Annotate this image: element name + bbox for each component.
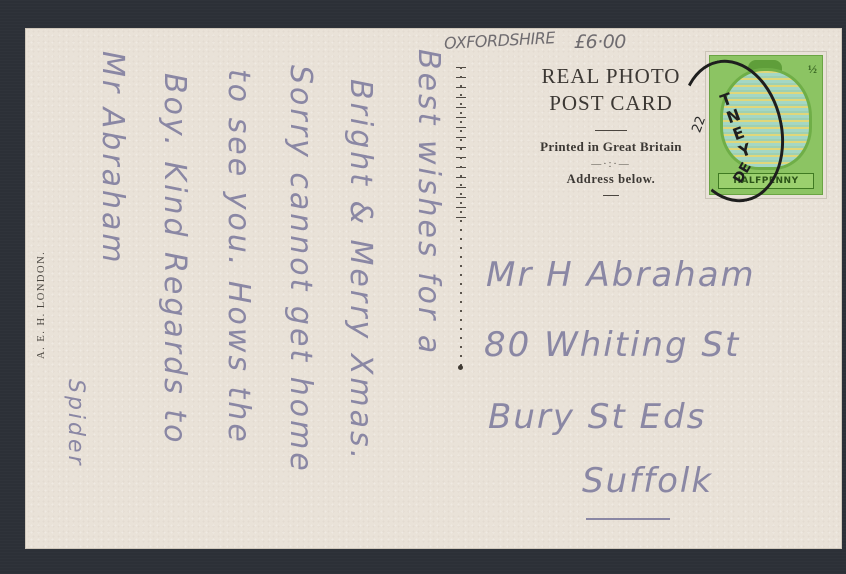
message-line: Sorry cannot get home: [283, 65, 318, 474]
address-line-name: Mr H Abraham: [486, 255, 756, 295]
header-rule: [595, 130, 627, 131]
message-signature: Spider: [63, 379, 88, 468]
stamp-value: ½: [808, 62, 817, 77]
pencil-price-note: £6·00: [574, 31, 626, 53]
message-line: Boy. Kind Regards to: [157, 73, 192, 445]
address-line-town: Bury St Eds: [488, 397, 706, 437]
address-line-county: Suffolk: [582, 461, 713, 501]
county-underline: [586, 518, 670, 520]
message-line: Best wishes for a: [411, 49, 446, 356]
center-divider: [460, 67, 462, 369]
message-line: Mr Abraham: [95, 51, 130, 266]
message-line: to see you. Hows the: [221, 69, 256, 445]
pencil-county-note: OXFORDSHIRE: [444, 28, 556, 53]
footer-rule: [603, 195, 619, 196]
postcard: OXFORDSHIRE £6·00 REAL PHOTO POST CARD P…: [26, 29, 841, 548]
divider-end-dot: [458, 365, 463, 370]
message-line: Bright & Merry Xmas.: [343, 79, 378, 462]
address-below-text: Address below.: [496, 172, 726, 187]
address-line-street: 80 Whiting St: [484, 325, 740, 365]
publisher-imprint: A. E. H. LONDON.: [36, 251, 47, 359]
